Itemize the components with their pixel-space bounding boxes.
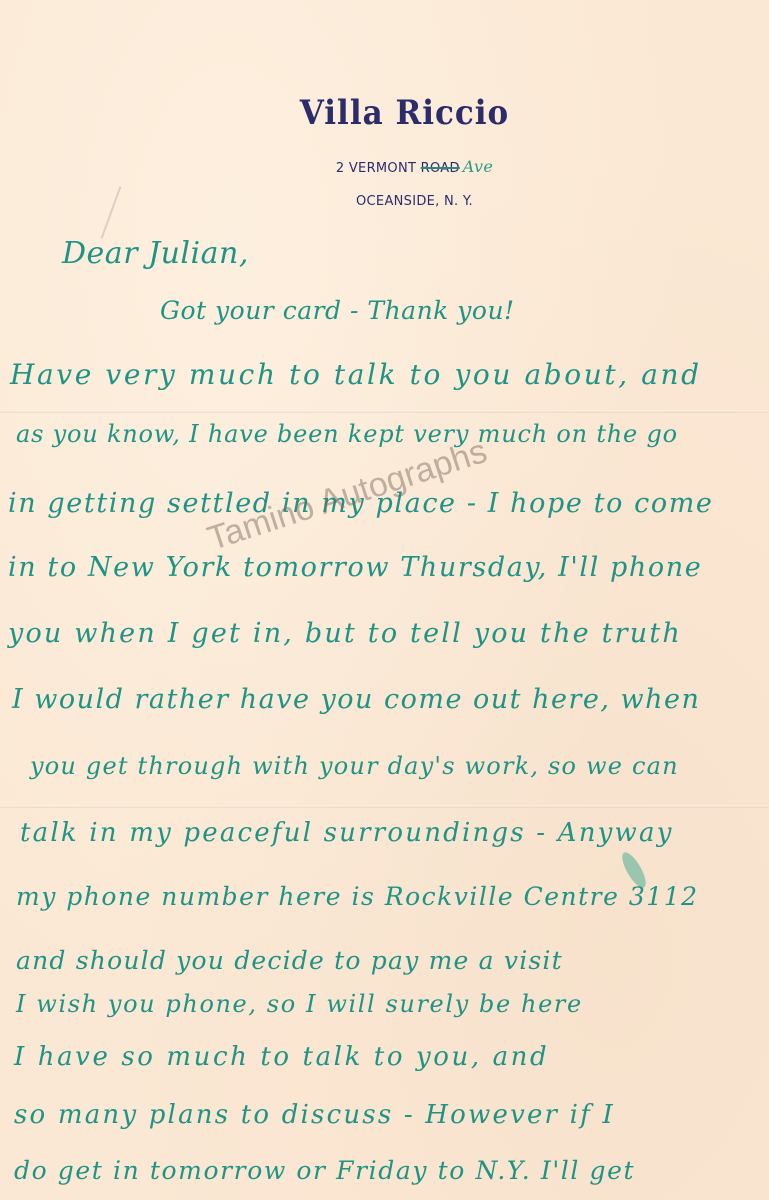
letter-line: so many plans to discuss - However if I [14,1100,769,1130]
letter-line: do get in tomorrow or Friday to N.Y. I'l… [14,1156,769,1185]
letter-line: Have very much to talk to you about, and [10,358,769,391]
paper-fold-line [0,410,769,413]
letter-line: I have so much to talk to you, and [14,1042,769,1072]
letter-line: Got your card - Thank you! [160,296,769,325]
letterhead-address: 2 VERMONT ROADAve [60,157,769,176]
letterhead: Villa Riccio 2 VERMONT ROADAve OCEANSIDE… [0,95,769,209]
letter-line: I would rather have you come out here, w… [12,684,769,715]
letter-line: in getting settled in my place - I hope … [8,488,769,519]
letter-line: you when I get in, but to tell you the t… [8,618,769,649]
letter-line: talk in my peaceful surroundings - Anywa… [20,818,769,848]
letterhead-title: Villa Riccio [40,94,769,133]
address-correction: Ave [463,157,493,176]
letter-line: I wish you phone, so I will surely be he… [16,990,769,1018]
salutation: Dear Julian, [62,236,769,271]
letter-line: and should you decide to pay me a visit [16,946,769,975]
address-street: 2 VERMONT [336,161,416,176]
paper-fold-line [0,805,769,808]
letter-line: you get through with your day's work, so… [30,752,769,780]
letter-line: as you know, I have been kept very much … [16,420,769,448]
letterhead-city: OCEANSIDE, N. Y. [60,194,769,209]
letter-line: my phone number here is Rockville Centre… [16,882,769,911]
address-struck-word: ROAD [421,161,460,176]
letter-line: in to New York tomorrow Thursday, I'll p… [8,552,769,583]
